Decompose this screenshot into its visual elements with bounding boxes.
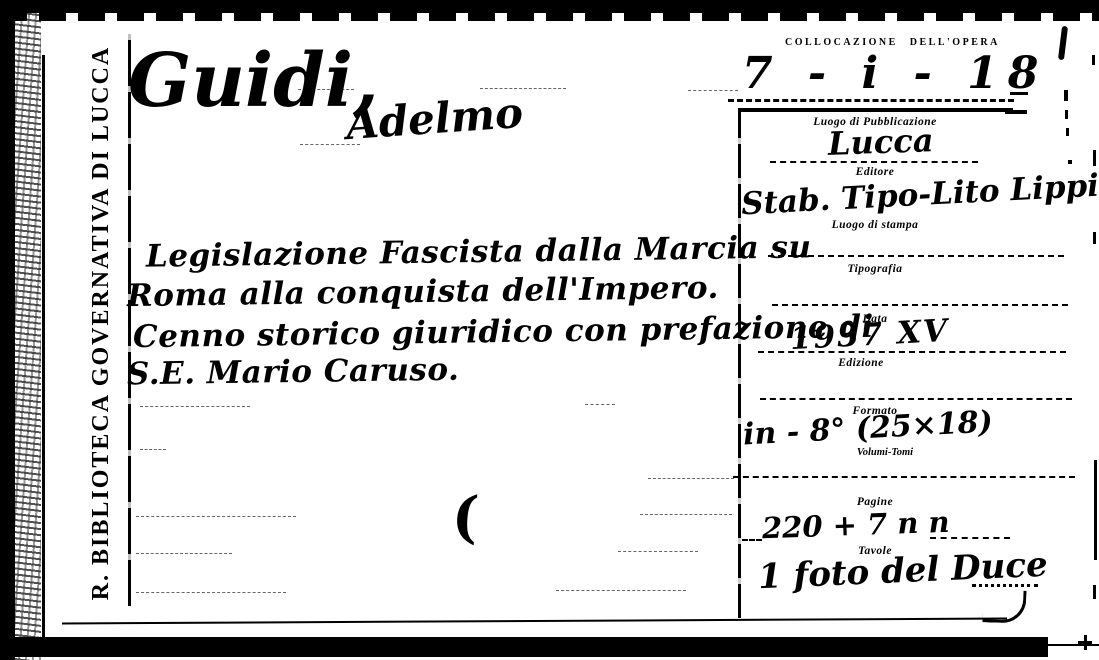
- fields-box-bottom-corner: [982, 589, 1026, 623]
- ruled-line-fragment: [480, 88, 566, 89]
- page-mark-dash: [1066, 128, 1069, 136]
- field-rule: [772, 304, 1068, 306]
- scan-right-mark: [1093, 585, 1096, 599]
- field-value-data: 1937 XV: [789, 316, 950, 355]
- card-bottom-rule: [62, 618, 1007, 625]
- ruled-line-fragment: [298, 89, 354, 90]
- field-rule: [930, 537, 1010, 539]
- ruled-line-fragment: [585, 404, 615, 405]
- scan-left-edge: [0, 0, 15, 660]
- collocation-underline: [728, 99, 1014, 102]
- page-mark-dash: [1065, 110, 1068, 119]
- field-value-editore: Stab. Tipo-Lito Lippi: [740, 171, 1099, 221]
- field-label-edizione: Edizione: [726, 357, 996, 369]
- page-mark-dot: [1068, 160, 1072, 164]
- field-label-tipografia: Tipografia: [740, 263, 1010, 275]
- collocation-value: 7 - i - 18: [742, 52, 1048, 96]
- scan-right-mark: [1092, 55, 1095, 65]
- field-label-luogo-stampa: Luogo di stampa: [740, 219, 1010, 231]
- stray-paren-mark: (: [450, 483, 481, 551]
- scan-top-edge-ragged: [0, 13, 1099, 21]
- title-line-1: Legislazione Fascista dalla Marcia su: [146, 232, 812, 272]
- field-value-tavole: 1 foto del Duce: [757, 548, 1048, 595]
- scan-bottom-edge: [0, 637, 1048, 657]
- fields-box-top-border: [739, 108, 1013, 112]
- field-rule: [733, 476, 1075, 478]
- catalog-card-scan: R. BIBLIOTECA GOVERNATIVA DI LUCCA COLLO…: [0, 0, 1099, 660]
- scan-top-edge: [0, 0, 1099, 13]
- ruled-line-fragment: [136, 553, 232, 554]
- page-mark: [1058, 26, 1068, 60]
- ruled-line-fragment: [556, 590, 686, 591]
- ruled-line-fragment: [136, 516, 296, 517]
- field-value-pagine: 220 + 7 n n: [762, 508, 950, 544]
- library-name: R. BIBLIOTECA GOVERNATIVA DI LUCCA: [88, 34, 124, 612]
- field-rule: [770, 161, 978, 163]
- ruled-line-fragment: [300, 144, 360, 145]
- field-rule: [768, 255, 1064, 257]
- ruled-line-fragment: [648, 478, 734, 479]
- scan-plus-mark: [1084, 635, 1087, 650]
- ruled-line-fragment: [618, 551, 698, 552]
- title-line-4: S.E. Mario Caruso.: [127, 355, 460, 391]
- field-rule: [760, 398, 1072, 400]
- scan-right-mark: [1094, 460, 1097, 560]
- field-value-luogo-pubblicazione: Lucca: [827, 124, 934, 160]
- title-line-2: Roma alla conquista dell'Impero.: [127, 273, 719, 312]
- field-rule: [742, 539, 762, 541]
- ruled-line-fragment: [640, 514, 732, 515]
- ruled-line-fragment: [688, 90, 738, 91]
- card-left-rule: [42, 55, 45, 640]
- field-sublabel-volumi-tomi: Volumi-Tomi: [785, 447, 985, 458]
- ruled-line-fragment: [140, 449, 166, 450]
- field-trailing-dots: [972, 584, 1038, 587]
- scan-right-mark: [1093, 150, 1096, 166]
- scan-bottom-edge-tail: [1048, 644, 1099, 646]
- author-forename: Adelmo: [345, 92, 525, 146]
- page-mark-dash: [1064, 90, 1068, 101]
- ruled-line-fragment: [136, 592, 286, 593]
- collocation-label: COLLOCAZIONE DELL'OPERA: [785, 37, 995, 48]
- field-label-pagine: Pagine: [740, 496, 1010, 508]
- scan-left-noise: [15, 0, 41, 660]
- scan-right-mark: [1093, 232, 1096, 244]
- ruled-line-fragment: [140, 406, 250, 407]
- author-surname: Guidi,: [128, 44, 379, 118]
- field-rule: [758, 351, 1066, 353]
